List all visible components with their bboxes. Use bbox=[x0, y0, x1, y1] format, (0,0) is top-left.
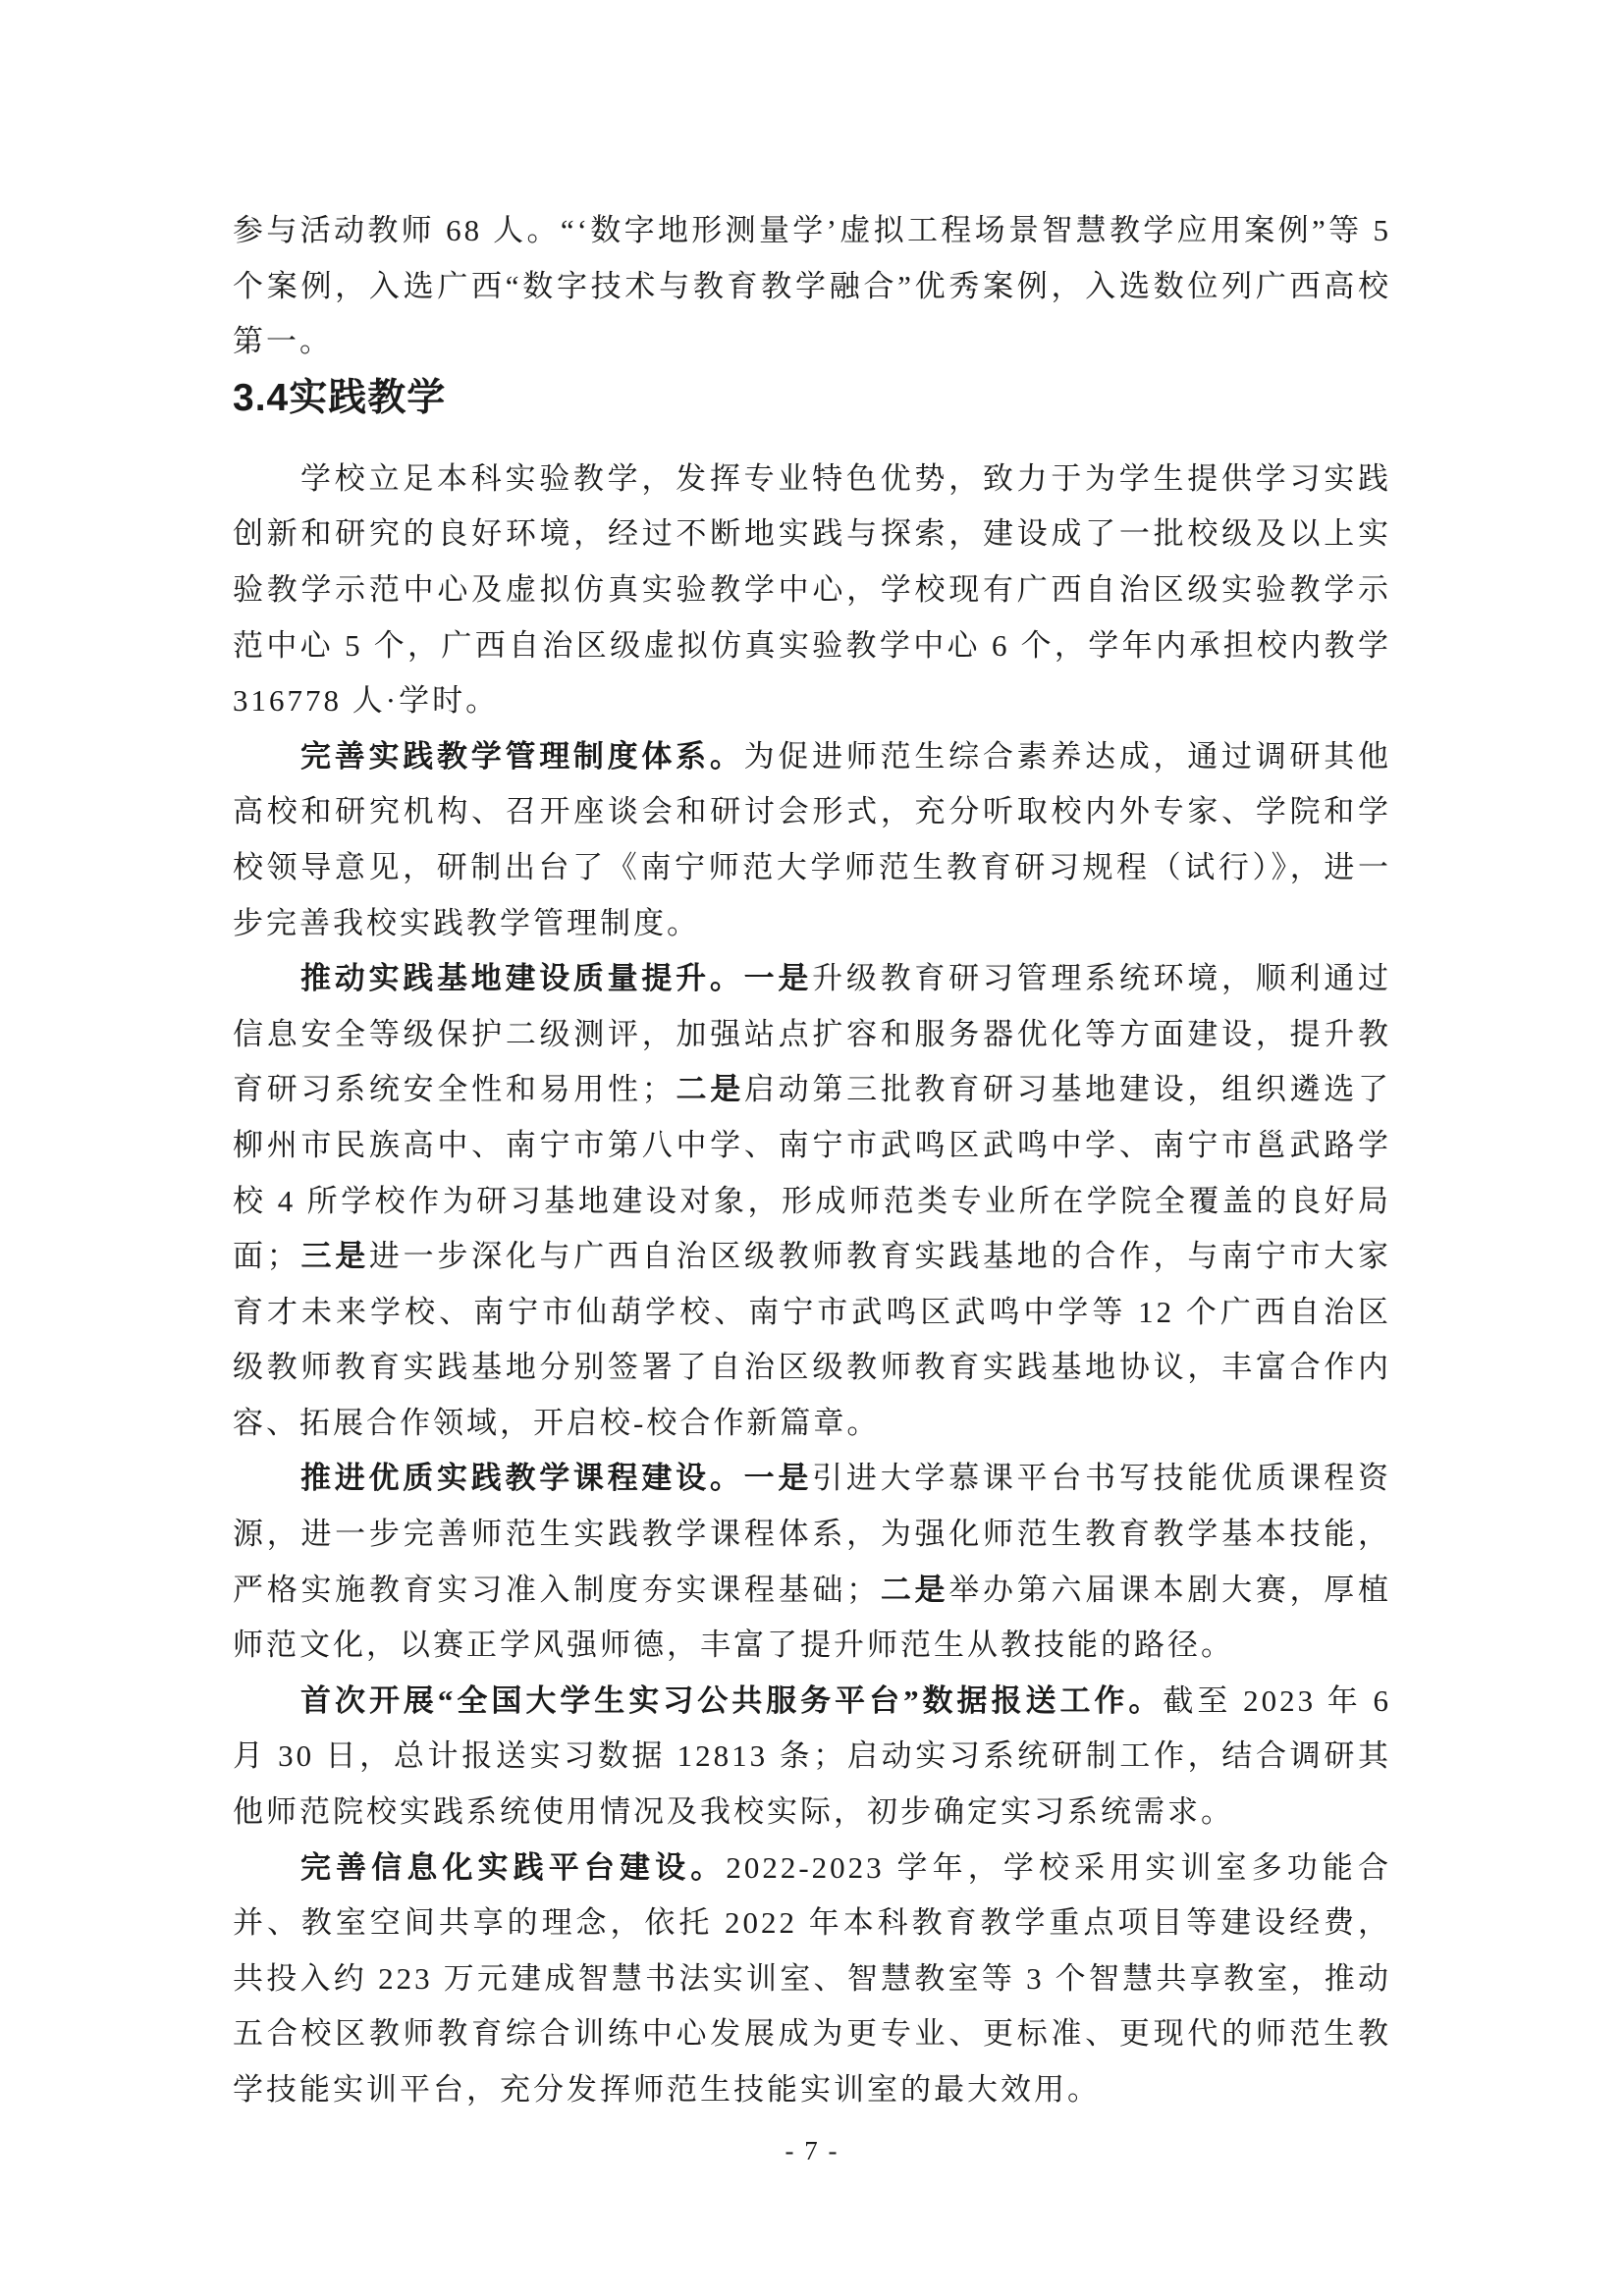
paragraph-body: 进一步深化与广西自治区级教师教育实践基地的合作，与南宁市大家育才未来学校、南宁市… bbox=[233, 1239, 1391, 1440]
paragraph-practice-bases: 推动实践基地建设质量提升。一是升级教育研习管理系统环境，顺利通过信息安全等级保护… bbox=[233, 951, 1391, 1451]
paragraph-management-system: 完善实践教学管理制度体系。为促进师范生综合素养达成，通过调研其他高校和研究机构、… bbox=[233, 729, 1391, 951]
paragraph-body: 2022-2023 学年，学校采用实训室多功能合并、教室空间共享的理念，依托 2… bbox=[233, 1850, 1391, 2107]
paragraph-emphasis: 二是 bbox=[880, 1573, 948, 1607]
paragraph-lead: 首次开展“全国大学生实习公共服务平台”数据报送工作。 bbox=[300, 1683, 1163, 1718]
paragraph-continuation: 参与活动教师 68 人。“‘数字地形测量学’虚拟工程场景智慧教学应用案例”等 5… bbox=[233, 203, 1391, 370]
paragraph-lab-teaching: 学校立足本科实验教学，发挥专业特色优势，致力于为学生提供学习实践创新和研究的良好… bbox=[233, 452, 1391, 729]
paragraph-lead: 推进优质实践教学课程建设。一是 bbox=[300, 1461, 812, 1495]
paragraph-lead: 完善实践教学管理制度体系。 bbox=[300, 739, 744, 774]
paragraph-informatization-platform: 完善信息化实践平台建设。2022-2023 学年，学校采用实训室多功能合并、教室… bbox=[233, 1841, 1391, 2118]
paragraph-emphasis: 二是 bbox=[676, 1072, 744, 1106]
paragraph-course-construction: 推进优质实践教学课程建设。一是引进大学慕课平台书写技能优质课程资源，进一步完善师… bbox=[233, 1451, 1391, 1673]
paragraph-lead: 推动实践基地建设质量提升。一是 bbox=[300, 961, 812, 995]
document-page: 参与活动教师 68 人。“‘数字地形测量学’虚拟工程场景智慧教学应用案例”等 5… bbox=[0, 0, 1624, 2296]
paragraph-emphasis: 三是 bbox=[300, 1239, 369, 1273]
section-heading: 3.4实践教学 bbox=[233, 370, 1391, 426]
paragraph-lead: 完善信息化实践平台建设。 bbox=[300, 1850, 726, 1885]
page-content: 参与活动教师 68 人。“‘数字地形测量学’虚拟工程场景智慧教学应用案例”等 5… bbox=[233, 203, 1391, 2118]
page-number: - 7 - bbox=[0, 2136, 1624, 2166]
paragraph-internship-platform: 首次开展“全国大学生实习公共服务平台”数据报送工作。截至 2023 年 6 月 … bbox=[233, 1674, 1391, 1841]
